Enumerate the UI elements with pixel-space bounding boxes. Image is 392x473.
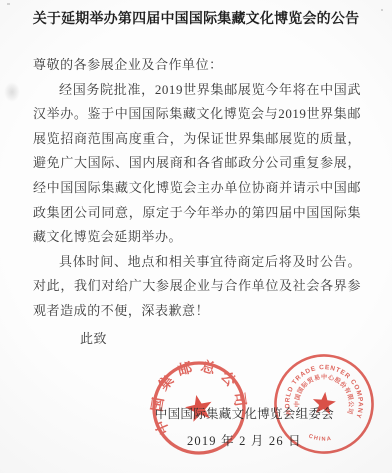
paragraph-2: 具体时间、地点和相关事宜待商定后将及时公告。对此，我们对给广大参展企业与合作单位… xyxy=(33,250,361,324)
scan-speck xyxy=(7,3,10,5)
paragraph-1: 经国务院批准，2019世界集邮展览今年将在中国武汉举办。鉴于中国国际集藏文化博览… xyxy=(33,78,361,250)
signature-block: 中国国际集藏文化博览会组委会 2019 年 2 月 26 日 xyxy=(155,404,334,449)
signature-date: 2019 年 2 月 26 日 xyxy=(155,431,334,449)
salutation: 尊敬的各参展企业及合作单位： xyxy=(33,53,361,78)
scan-speck xyxy=(381,9,383,11)
document-page: 关于延期举办第四届中国国际集藏文化博览会的公告 尊敬的各参展企业及合作单位： 经… xyxy=(0,0,392,473)
document-title: 关于延期举办第四届中国国际集藏文化博览会的公告 xyxy=(0,0,392,28)
closing-phrase: 此致 xyxy=(80,327,361,352)
document-body: 尊敬的各参展企业及合作单位： 经国务院批准，2019世界集邮展览今年将在中国武汉… xyxy=(33,53,361,351)
signature-org: 中国国际集藏文化博览会组委会 xyxy=(155,404,334,422)
scan-smudge xyxy=(4,82,20,102)
